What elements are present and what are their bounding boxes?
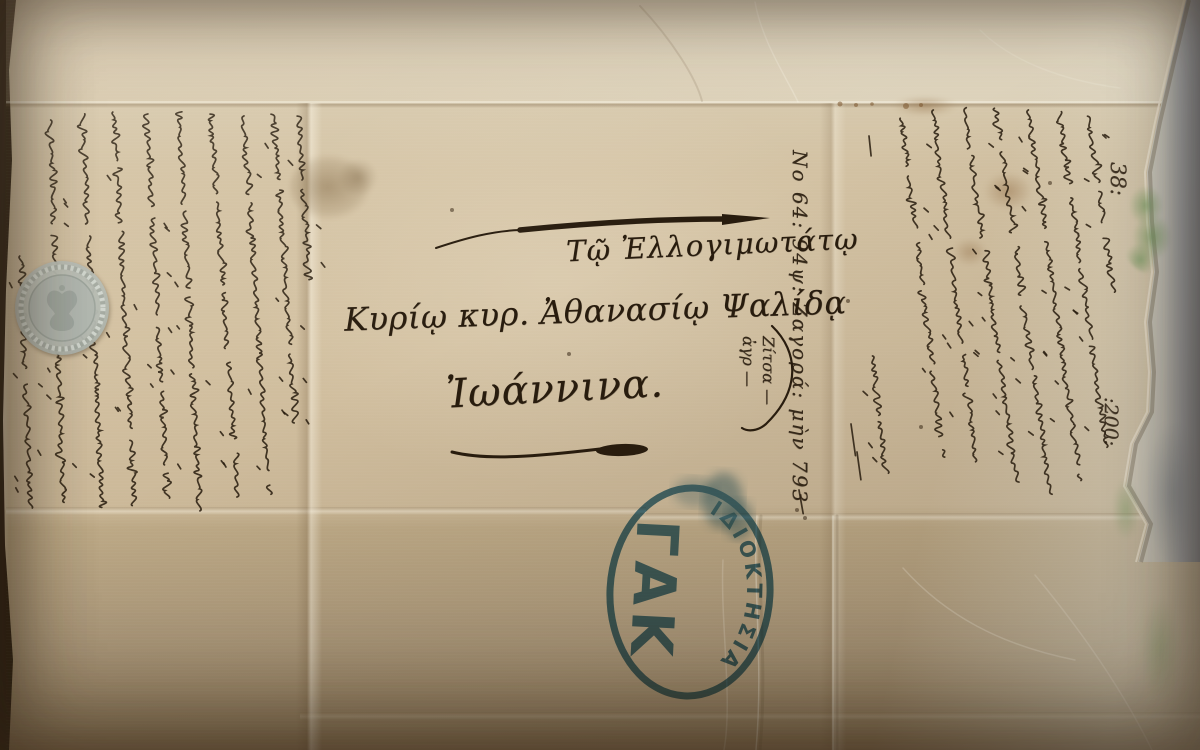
stamp-center-text: ΓΑΚ <box>616 518 691 663</box>
ink-speck <box>803 516 807 520</box>
gak-archive-stamp: ΙΔΙΟΚΤΗΣΙΑ ΓΑΚ <box>583 452 797 732</box>
side-note-line-2: ἀγρ — <box>738 336 758 405</box>
embossed-seal <box>12 256 112 362</box>
ink-speck <box>919 425 923 429</box>
stain-rust <box>953 238 987 266</box>
ink-speck <box>450 208 454 212</box>
letter-photo: Τῷ Ἐλλογιμωτάτῳ Κυρίῳ κυρ. Ἀθανασίῳ Ψαλί… <box>0 0 1200 750</box>
fold-crease-middle-left <box>6 507 646 515</box>
side-note-line-1: Ζίτσα — <box>758 336 778 405</box>
ink-speck <box>567 352 571 356</box>
stain-green <box>1112 478 1140 540</box>
ink-speck <box>846 299 850 303</box>
side-note: Ζίτσα — ἀγρ — <box>738 336 778 405</box>
registry-annotation: Νο 64: 94ψ: Ζαγορά: μὴν 793 <box>788 150 812 504</box>
fold-crease-top <box>6 101 1200 108</box>
ink-speck <box>795 508 799 512</box>
stamp-arc-text: ΙΔΙΟΚΤΗΣΙΑ <box>698 496 771 678</box>
page-number-top: 38: <box>1106 162 1130 196</box>
fold-crease-vertical-right <box>820 103 846 750</box>
ink-speck <box>1048 181 1052 185</box>
top-flap <box>6 0 1200 103</box>
stain-rust <box>984 172 1032 210</box>
stain-green <box>1120 183 1178 273</box>
stain-green <box>1140 596 1180 700</box>
stain-rust <box>893 96 957 116</box>
under-sheet-shadow-patch <box>1143 420 1200 566</box>
stain-brown <box>290 148 384 226</box>
page-number-middle: :200: <box>1100 397 1122 446</box>
